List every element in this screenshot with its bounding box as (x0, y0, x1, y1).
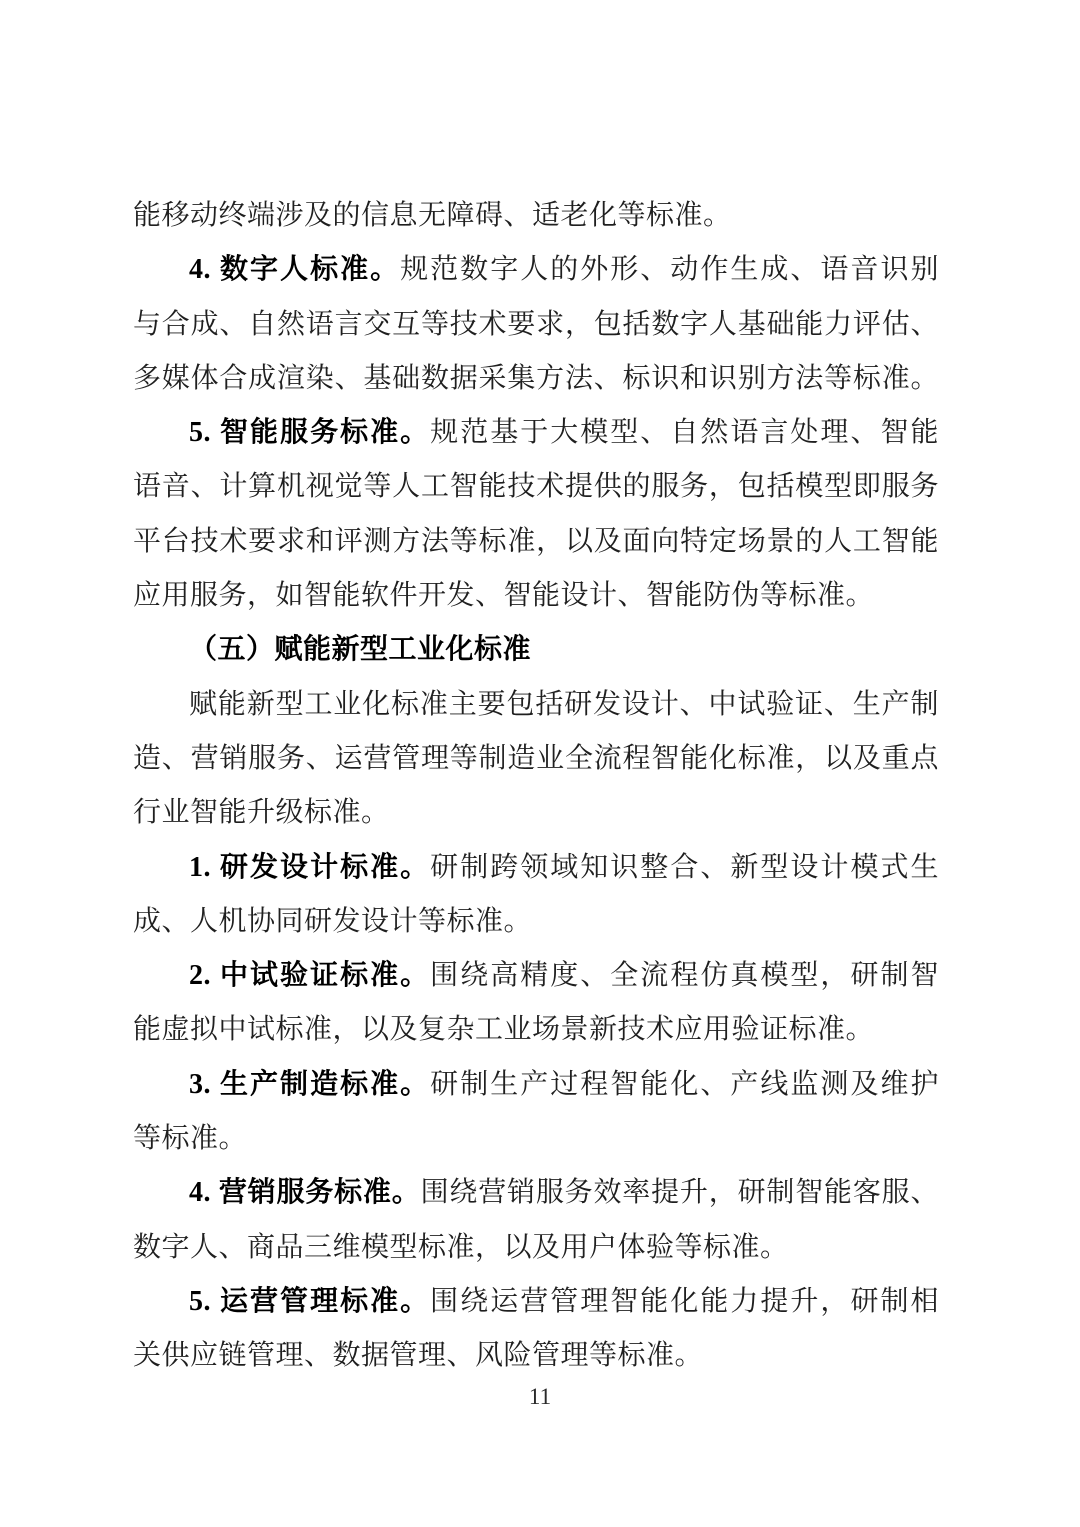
text-line: 成、人机协同研发设计等标准。 (133, 895, 939, 949)
line-bold-lead: 5. 运营管理标准。 (189, 1286, 430, 1317)
line-text: 规范基于大模型、自然语言处理、智能 (430, 417, 939, 448)
text-line: 数字人、商品三维模型标准，以及用户体验等标准。 (133, 1221, 939, 1275)
line-text: 应用服务，如智能软件开发、智能设计、智能防伪等标准。 (133, 580, 874, 611)
line-text: 围绕营销服务效率提升，研制智能客服、 (421, 1177, 939, 1208)
line-bold-lead: 2. 中试验证标准。 (189, 960, 430, 991)
text-line: 3. 生产制造标准。研制生产过程智能化、产线监测及维护 (133, 1058, 939, 1112)
line-text: 规范数字人的外形、动作生成、语音识别 (400, 254, 939, 285)
text-line: 5. 智能服务标准。规范基于大模型、自然语言处理、智能 (133, 406, 939, 460)
line-text: 关供应链管理、数据管理、风险管理等标准。 (133, 1340, 703, 1371)
line-bold-lead: （五）赋能新型工业化标准 (189, 634, 531, 665)
text-line: 赋能新型工业化标准主要包括研发设计、中试验证、生产制 (133, 678, 939, 732)
line-text: 围绕高精度、全流程仿真模型，研制智 (430, 960, 939, 991)
page-number: 11 (0, 1381, 1080, 1413)
line-text: 研制生产过程智能化、产线监测及维护 (430, 1069, 939, 1100)
text-line: 应用服务，如智能软件开发、智能设计、智能防伪等标准。 (133, 569, 939, 623)
line-text: 多媒体合成渲染、基础数据采集方法、标识和识别方法等标准。 (133, 363, 939, 394)
line-text: 语音、计算机视觉等人工智能技术提供的服务，包括模型即服务 (133, 471, 939, 502)
line-text: 成、人机协同研发设计等标准。 (133, 906, 532, 937)
text-line: 多媒体合成渲染、基础数据采集方法、标识和识别方法等标准。 (133, 352, 939, 406)
line-text: 行业智能升级标准。 (133, 797, 390, 828)
line-text: 与合成、自然语言交互等技术要求，包括数字人基础能力评估、 (133, 309, 939, 340)
line-bold-lead: 4. 数字人标准。 (189, 254, 400, 285)
text-line: 关供应链管理、数据管理、风险管理等标准。 (133, 1329, 939, 1383)
text-line: 等标准。 (133, 1112, 939, 1166)
text-line: （五）赋能新型工业化标准 (133, 623, 939, 677)
line-text: 等标准。 (133, 1123, 247, 1154)
text-line: 4. 营销服务标准。围绕营销服务效率提升，研制智能客服、 (133, 1166, 939, 1220)
document-page: 能移动终端涉及的信息无障碍、适老化等标准。 4. 数字人标准。规范数字人的外形、… (0, 0, 1080, 1527)
line-text: 赋能新型工业化标准主要包括研发设计、中试验证、生产制 (189, 689, 939, 720)
line-bold-lead: 4. 营销服务标准。 (189, 1177, 421, 1208)
line-bold-lead: 3. 生产制造标准。 (189, 1069, 430, 1100)
text-line: 平台技术要求和评测方法等标准，以及面向特定场景的人工智能 (133, 515, 939, 569)
text-line: 2. 中试验证标准。围绕高精度、全流程仿真模型，研制智 (133, 949, 939, 1003)
text-line: 能移动终端涉及的信息无障碍、适老化等标准。 (133, 189, 939, 243)
text-line: 与合成、自然语言交互等技术要求，包括数字人基础能力评估、 (133, 298, 939, 352)
text-line: 能虚拟中试标准，以及复杂工业场景新技术应用验证标准。 (133, 1003, 939, 1057)
line-text: 数字人、商品三维模型标准，以及用户体验等标准。 (133, 1232, 789, 1263)
text-line: 造、营销服务、运营管理等制造业全流程智能化标准，以及重点 (133, 732, 939, 786)
line-text: 围绕运营管理智能化能力提升，研制相 (430, 1286, 939, 1317)
line-text: 能虚拟中试标准，以及复杂工业场景新技术应用验证标准。 (133, 1014, 874, 1045)
line-bold-lead: 1. 研发设计标准。 (189, 852, 430, 883)
text-line: 语音、计算机视觉等人工智能技术提供的服务，包括模型即服务 (133, 460, 939, 514)
line-bold-lead: 5. 智能服务标准。 (189, 417, 430, 448)
text-line: 行业智能升级标准。 (133, 786, 939, 840)
line-text: 研制跨领域知识整合、新型设计模式生 (430, 852, 939, 883)
line-text: 造、营销服务、运营管理等制造业全流程智能化标准，以及重点 (133, 743, 939, 774)
text-line: 1. 研发设计标准。研制跨领域知识整合、新型设计模式生 (133, 841, 939, 895)
line-text: 能移动终端涉及的信息无障碍、适老化等标准。 (133, 200, 732, 231)
text-line: 4. 数字人标准。规范数字人的外形、动作生成、语音识别 (133, 243, 939, 297)
line-text: 平台技术要求和评测方法等标准，以及面向特定场景的人工智能 (133, 526, 939, 557)
document-body: 能移动终端涉及的信息无障碍、适老化等标准。 4. 数字人标准。规范数字人的外形、… (133, 189, 939, 1384)
text-line: 5. 运营管理标准。围绕运营管理智能化能力提升，研制相 (133, 1275, 939, 1329)
